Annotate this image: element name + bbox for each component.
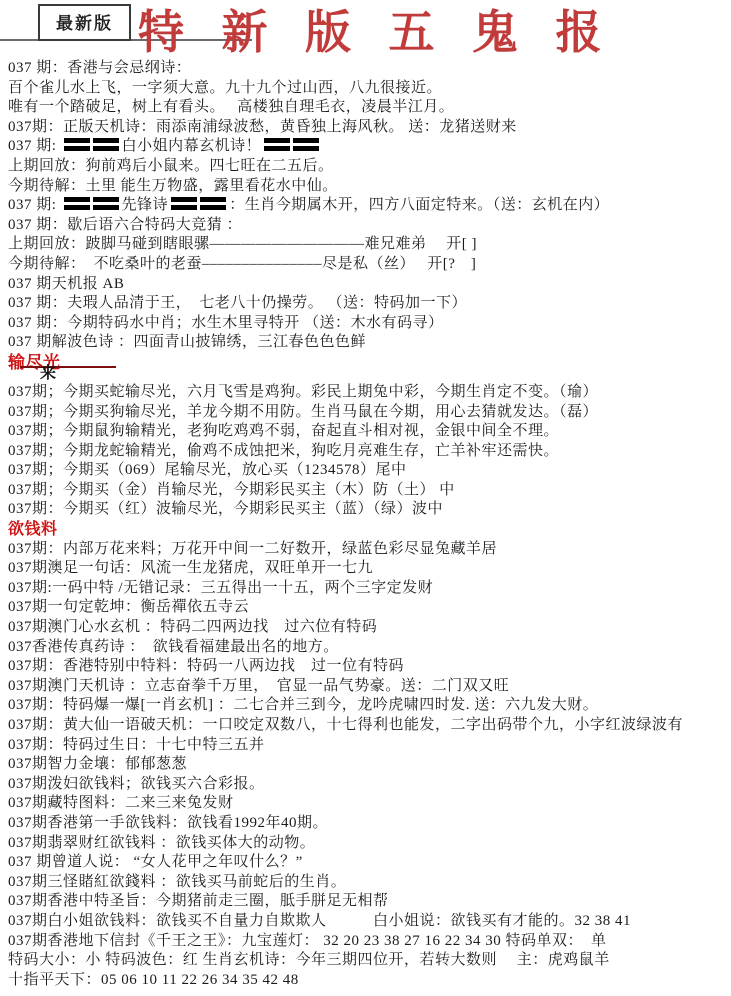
bar-glyph	[64, 138, 90, 151]
section-header-shujinguang: 输尽光来	[8, 353, 731, 383]
overlapped-char: 来	[40, 364, 57, 384]
lines: 037 期：香港与会忌纲诗：百个雀儿水上飞，一字须大意。九十九个过山西，八九很接…	[0, 57, 731, 990]
text-line: 十指平天下：05 06 10 11 22 26 34 35 42 48	[8, 971, 731, 991]
bar-glyph	[93, 138, 119, 151]
text-line: 037期；今期买（069）尾输尽光，放心买（1234578）尾中	[8, 461, 731, 481]
text-line: 037期一句定乾坤：衡岳禪依五寺云	[8, 598, 731, 618]
text-line: 037期澳门心水玄机 ：特码二四两边找 过六位有特码	[8, 618, 731, 638]
text-segment: 先锋诗	[122, 197, 169, 213]
text-line: 上期回放：跛脚马碰到瞎眼骡——————————难兄难弟 开[ ]	[8, 235, 731, 255]
double-bar-icon	[171, 197, 226, 210]
text-line: 037期香港中特圣旨：今期猪前走三圈，胝手胼足无相帮	[8, 892, 731, 912]
text-line: 037期：内部万花来料；万花开中间一二好数开，绿蓝色彩尽显兔藏羊居	[8, 540, 731, 560]
text-line: 037 期: 先锋诗：生肖今期属木开，四方八面定特来。（送：玄机在内）	[8, 196, 731, 216]
text-line: 037期：特码过生日：十七中特三五并	[8, 736, 731, 756]
text-segment: 037 期:	[8, 197, 61, 213]
text-line: 037期；今期买（金）肖输尽光，今期彩民买主（木）防（土） 中	[8, 481, 731, 501]
bar-glyph	[264, 138, 290, 151]
text-line: 037期澳门天机诗 ：立志奋拳千万里， 官显一品气势豪。送：二门双又旺	[8, 677, 731, 697]
strike-line	[20, 366, 116, 368]
bar-glyph	[93, 197, 119, 210]
text-segment: 037 期:	[8, 138, 61, 154]
text-line: 037期泼妇欲钱料；欲钱买六合彩报。	[8, 775, 731, 795]
text-line: 037 期天机报 AB	[8, 275, 731, 295]
text-line: 特码大小：小 特码波色：红 生肖玄机诗：今年三期四位开，若转大数则 主：虎鸡鼠羊	[8, 951, 731, 971]
text-line: 037期白小姐欲钱料：欲钱买不自量力自欺欺人 白小姐说：欲钱买有才能的。32 3…	[8, 912, 731, 932]
text-line: 037期香港地下信封《千王之王》：九宝莲灯： 32 20 23 38 27 16…	[8, 932, 731, 952]
bar-glyph	[293, 138, 319, 151]
text-line: 上期回放：狗前鸡后小鼠来。四七旺在二五后。	[8, 157, 731, 177]
page-title: 特 新 版 五 鬼 报	[138, 0, 615, 62]
text-line: 037 期曾道人说： “女人花甲之年叹什么？”	[8, 853, 731, 873]
text-line: 037期翡翠财红欲钱料 ：欲钱买体大的动物。	[8, 834, 731, 854]
text-line: 百个雀儿水上飞，一字须大意。九十九个过山西，八九很接近。	[8, 79, 731, 99]
text-line: 037 期：今期特码水中肖；水生木里寻特开 （送：木水有码寻）	[8, 314, 731, 334]
text-line: 037期；今期买蛇输尽光，六月飞雪是鸡狗。彩民上期兔中彩，今期生肖定不变。（瑜）	[8, 383, 731, 403]
text-segment: 白小姐内幕玄机诗！	[122, 138, 262, 154]
bar-glyph	[64, 197, 90, 210]
double-bar-icon	[264, 138, 319, 151]
text-line: 037期：正版天机诗：雨添南浦绿波愁，黄昏独上海风秋。 送：龙猪送财来	[8, 118, 731, 138]
text-line: 唯有一个踏破足，树上有看头。 高楼独自理毛衣，凌晨半江月。	[8, 98, 731, 118]
text-line: 037期智力金壤：郁郁葱葱	[8, 755, 731, 775]
double-bar-icon	[64, 197, 119, 210]
double-bar-icon	[64, 138, 119, 151]
text-line: 037期；今期龙蛇输精光，偷鸡不成蚀把米，狗吃月亮难生存，亡羊补牢还需快。	[8, 442, 731, 462]
text-segment: ：生肖今期属木开，四方八面定特来。（送：玄机在内）	[229, 197, 609, 213]
section-header-yuqianliao: 欲钱料	[8, 520, 731, 540]
latest-edition-badge: 最新版	[38, 4, 131, 41]
text-line: 037期：黄大仙一语破天机：一口咬定双数八，十七得利也能发，二字出码带个九，小字…	[8, 716, 731, 736]
text-line: 037期：香港特别中特料：特码一八两边找 过一位有特码	[8, 657, 731, 677]
text-line: 037期；今期鼠狗输精光，老狗吃鸡鸡不弱，奋起直斗相对视，金银中间全不理。	[8, 422, 731, 442]
five-ghost-report-page: { "colors": { "title_red": "#c23b3b", "s…	[0, 0, 731, 996]
text-line: 037 期: 白小姐内幕玄机诗！	[8, 137, 731, 157]
text-line: 037 期：歇后语六合特码大竞猜 ：	[8, 216, 731, 236]
text-line: 037 期：夫瑕人品清于王， 七老八十仍操劳。 （送：特码加一下）	[8, 294, 731, 314]
text-line: 037期：今期买（红）波输尽光，今期彩民买主（蓝）（绿）波中	[8, 500, 731, 520]
masthead: 最新版 特 新 版 五 鬼 报	[0, 0, 731, 57]
text-line: 037期三怪賭紅欲錢料 ：欲钱买马前蛇后的生肖。	[8, 873, 731, 893]
text-line: 037期香港第一手欲钱料：欲钱看1992年40期。	[8, 814, 731, 834]
text-line: 今期待解： 不吃桑叶的老蚕–––––––––––––––尽是私（丝） 开[? ]	[8, 255, 731, 275]
text-line: 037 期解波色诗 ：四面青山披锦绣，三江春色色色鲜	[8, 333, 731, 353]
text-line: 037期：特码爆一爆[一肖玄机] ：二七合并三到今，龙吟虎啸四时发. 送：六九发…	[8, 696, 731, 716]
text-line: 今期待解：土里 能生万物盛，露里看花水中仙。	[8, 177, 731, 197]
text-line: 037期澳足一句话：风流一生龙猪虎，双旺单开一七九	[8, 559, 731, 579]
text-line: 037期:一码中特 /无错记录：三五得出一十五，两个三字定发财	[8, 579, 731, 599]
bar-glyph	[200, 197, 226, 210]
text-line: 037期藏特图料：二来三来兔发财	[8, 794, 731, 814]
text-line: 037香港传真药诗 ： 欲钱看福建最出名的地方。	[8, 638, 731, 658]
bar-glyph	[171, 197, 197, 210]
text-line: 037期；今期买狗输尽光，羊龙今期不用防。生肖马鼠在今期，用心去猜就发达。（磊）	[8, 403, 731, 423]
